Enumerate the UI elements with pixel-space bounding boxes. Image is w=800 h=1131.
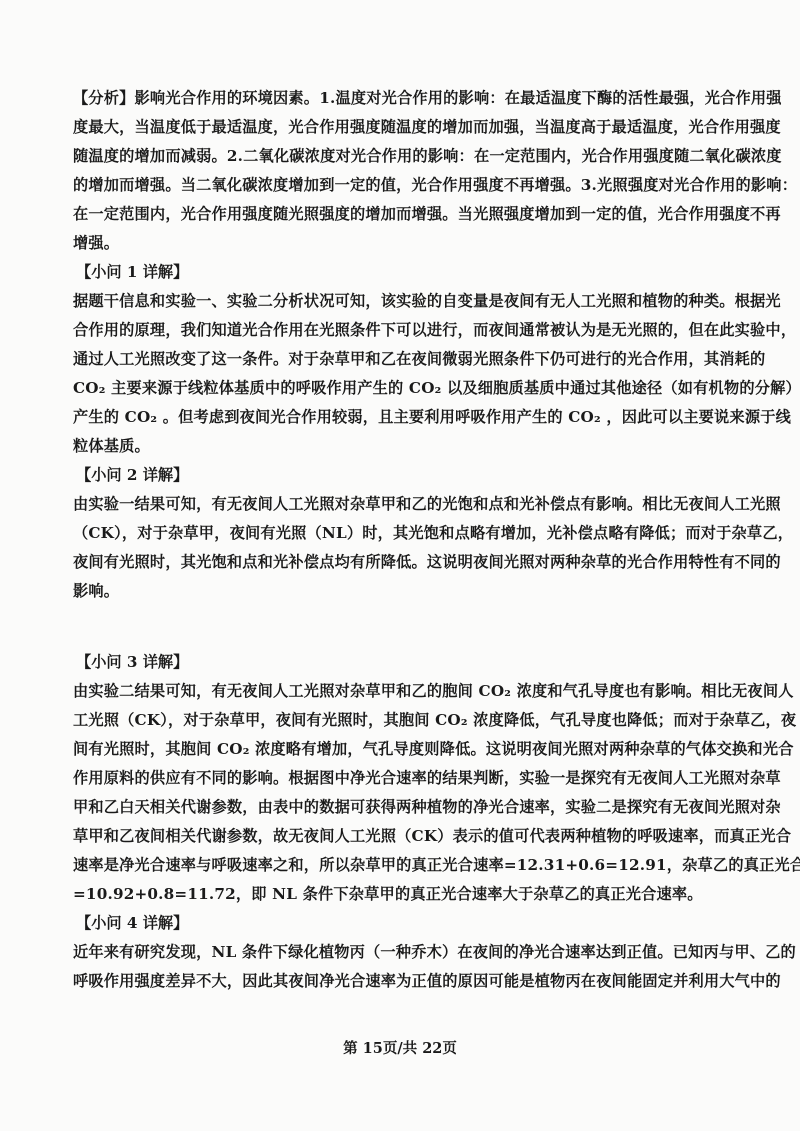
section-heading-q1: 【小问 1 详解】: [76, 262, 188, 282]
analysis-line-6: 增强。: [73, 233, 733, 253]
q3-line-5: 甲和乙白天相关代谢参数，由表中的数据可获得两种植物的净光合速率，实验二是探究有无…: [73, 797, 733, 817]
q1-line-1: 据题干信息和实验一、实验二分析状况可知，该实验的自变量是夜间有无人工光照和植物的…: [73, 291, 733, 311]
analysis-line-5: 在一定范围内，光合作用强度随光照强度的增加而增强。当光照强度增加到一定的值，光合…: [73, 204, 733, 224]
q3-line-3: 间有光照时，其胞间 CO₂ 浓度略有增加，气孔导度则降低。这说明夜间光照对两种杂…: [73, 739, 733, 759]
section-heading-q3: 【小问 3 详解】: [76, 652, 188, 672]
q1-line-5: 产生的 CO₂ 。但考虑到夜间光合作用较弱，且主要利用呼吸作用产生的 CO₂ ，…: [73, 407, 733, 427]
analysis-line-1: 【分析】影响光合作用的环境因素。1.温度对光合作用的影响：在最适温度下酶的活性最…: [73, 88, 733, 108]
q3-line-2: 工光照（CK），对于杂草甲，夜间有光照时，其胞间 CO₂ 浓度降低，气孔导度也降…: [73, 710, 733, 730]
q3-line-7: 速率是净光合速率与呼吸速率之和，所以杂草甲的真正光合速率=12.31+0.6=1…: [73, 855, 733, 875]
q1-line-3: 通过人工光照改变了这一条件。对于杂草甲和乙在夜间微弱光照条件下仍可进行的光合作用…: [73, 349, 733, 369]
analysis-line-4: 的增加而增强。当二氧化碳浓度增加到一定的值，光合作用强度不再增强。3.光照强度对…: [73, 175, 733, 195]
q1-line-2: 合作用的原理，我们知道光合作用在光照条件下可以进行，而夜间通常被认为是无光照的，…: [73, 320, 733, 340]
q2-line-2: （CK），对于杂草甲，夜间有光照（NL）时，其光饱和点略有增加，光补偿点略有降低…: [73, 523, 733, 543]
q1-line-6: 粒体基质。: [73, 436, 733, 456]
page-number-footer: 第 15页/共 22页: [0, 1037, 800, 1058]
analysis-line-2: 度最大，当温度低于最适温度，光合作用强度随温度的增加而加强，当温度高于最适温度，…: [73, 117, 733, 137]
section-heading-q2: 【小问 2 详解】: [76, 465, 188, 485]
q2-line-4: 影响。: [73, 581, 733, 601]
q3-line-8: =10.92+0.8=11.72，即 NL 条件下杂草甲的真正光合速率大于杂草乙…: [73, 884, 733, 904]
q4-line-1: 近年来有研究发现，NL 条件下绿化植物丙（一种乔木）在夜间的净光合速率达到正值。…: [73, 942, 733, 962]
q2-line-1: 由实验一结果可知，有无夜间人工光照对杂草甲和乙的光饱和点和光补偿点有影响。相比无…: [73, 494, 733, 514]
q4-line-2: 呼吸作用强度差异不大，因此其夜间净光合速率为正值的原因可能是植物丙在夜间能固定并…: [73, 971, 733, 991]
analysis-line-3: 随温度的增加而减弱。2.二氧化碳浓度对光合作用的影响：在一定范围内，光合作用强度…: [73, 146, 733, 166]
q3-line-1: 由实验二结果可知，有无夜间人工光照对杂草甲和乙的胞间 CO₂ 浓度和气孔导度也有…: [73, 681, 733, 701]
q2-line-3: 夜间有光照时，其光饱和点和光补偿点均有所降低。这说明夜间光照对两种杂草的光合作用…: [73, 552, 733, 572]
q3-line-4: 作用原料的供应有不同的影响。根据图中净光合速率的结果判断，实验一是探究有无夜间人…: [73, 768, 733, 788]
q1-line-4: CO₂ 主要来源于线粒体基质中的呼吸作用产生的 CO₂ 以及细胞质基质中通过其他…: [73, 378, 733, 398]
document-page: 【分析】影响光合作用的环境因素。1.温度对光合作用的影响：在最适温度下酶的活性最…: [0, 0, 800, 1131]
q3-line-6: 草甲和乙夜间相关代谢参数，故无夜间人工光照（CK）表示的值可代表两种植物的呼吸速…: [73, 826, 733, 846]
section-heading-q4: 【小问 4 详解】: [76, 913, 188, 933]
